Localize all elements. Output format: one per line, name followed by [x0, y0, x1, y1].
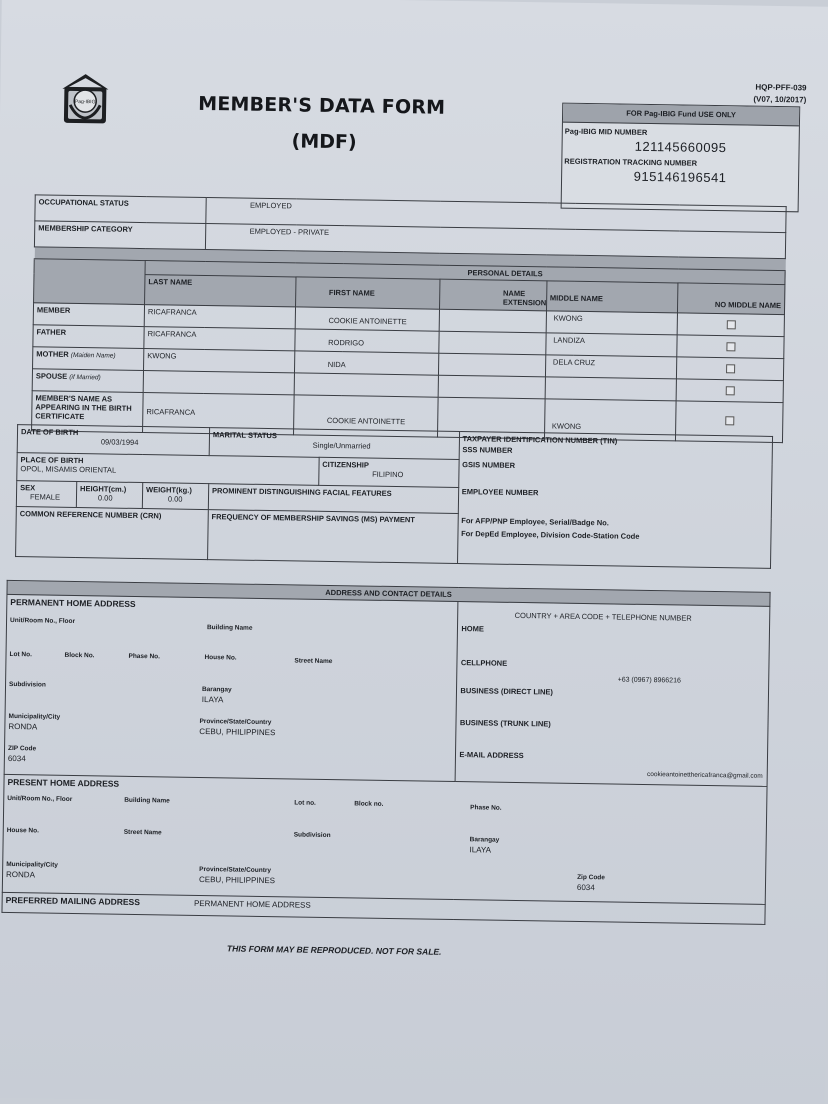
- pres-zip-field: Zip Code6034: [577, 874, 605, 892]
- perm-house-field: House No.: [204, 654, 236, 662]
- row-label: MOTHER (Maiden Name): [33, 347, 144, 371]
- perm-phase-field: Phase No.: [128, 653, 160, 660]
- row-label: FATHER: [33, 325, 144, 349]
- email-value: cookieantoinetthericafranca@gmail.com: [647, 771, 763, 780]
- permanent-address-cell: PERMANENT HOME ADDRESS Unit/Room No., Fl…: [4, 594, 458, 781]
- middle-name-cell: KWONG: [546, 311, 678, 335]
- preferred-mailing-label: PREFERRED MAILING ADDRESS: [6, 895, 140, 907]
- pres-barangay-field: BarangayILAYA: [469, 836, 499, 854]
- pres-phase-field: Phase No.: [470, 804, 502, 811]
- height-cell: HEIGHT(cm.)0.00: [76, 482, 142, 509]
- dob-cell: DATE OF BIRTH 09/03/1994: [17, 425, 209, 456]
- pres-street-field: Street Name: [124, 829, 162, 837]
- email-field: E-MAIL ADDRESS: [459, 750, 523, 760]
- rtn-value: 915146196541: [562, 166, 798, 187]
- perm-province-field: Province/State/CountryCEBU, PHILIPPINES: [199, 718, 275, 737]
- col-no-middle-name: NO MIDDLE NAME: [677, 283, 784, 315]
- fund-use-box: FOR Pag-IBIG Fund USE ONLY Pag-IBIG MID …: [561, 103, 801, 213]
- last-name-cell: [143, 371, 294, 395]
- middle-name-cell: DELA CRUZ: [545, 355, 677, 379]
- form-title: MEMBER'S DATA FORM: [198, 93, 445, 119]
- perm-lot-field: Lot No.: [9, 651, 31, 658]
- row-label: MEMBER: [33, 303, 144, 327]
- pres-block-field: Block no.: [354, 800, 383, 807]
- citizenship-cell: CITIZENSHIP FILIPINO: [318, 457, 458, 487]
- first-name-cell: COOKIE ANTOINETTE: [295, 307, 439, 331]
- no-middle-name-cell: [676, 379, 783, 403]
- no-middle-name-checkbox[interactable]: [726, 320, 735, 329]
- no-middle-name-checkbox[interactable]: [725, 416, 734, 425]
- form-page: Pag-IBIG MEMBER'S DATA FORM (MDF) HQP-PF…: [0, 0, 828, 1104]
- address-table: ADDRESS AND CONTACT DETAILS PERMANENT HO…: [1, 580, 770, 925]
- no-middle-name-checkbox[interactable]: [726, 342, 735, 351]
- no-middle-name-checkbox[interactable]: [726, 364, 735, 373]
- form-version: (V07, 10/2017): [753, 94, 806, 107]
- birth-details-table: DATE OF BIRTH 09/03/1994 MARITAL STATUS …: [15, 424, 773, 569]
- perm-subdivision-field: Subdivision: [9, 681, 46, 689]
- name-extension-cell: [439, 331, 546, 355]
- row-label: SPOUSE (if Married): [32, 369, 143, 393]
- home-phone-field: HOME: [461, 624, 484, 633]
- pres-lot-field: Lot no.: [294, 799, 316, 806]
- cellphone-field: CELLPHONE: [461, 658, 507, 668]
- pres-city-field: Municipality/CityRONDA: [6, 861, 58, 880]
- sex-cell: SEXFEMALE: [16, 481, 76, 508]
- form-code-number: HQP-PFF-039: [753, 82, 806, 95]
- ms-frequency-cell: FREQUENCY OF MEMBERSHIP SAVINGS (MS) PAY…: [207, 510, 458, 564]
- first-name-cell: RODRIGO: [295, 329, 439, 353]
- pres-building-field: Building Name: [124, 797, 170, 805]
- last-name-cell: RICAFRANCA: [144, 305, 295, 329]
- col-middle-name: MIDDLE NAME: [546, 281, 678, 313]
- pres-subdivision-field: Subdivision: [294, 831, 331, 839]
- form-subtitle: (MDF): [291, 130, 356, 153]
- no-middle-name-cell: [677, 335, 784, 359]
- col-last-name: LAST NAME: [145, 275, 296, 307]
- col-first-name: FIRST NAME: [295, 277, 440, 309]
- present-address-cell: PRESENT HOME ADDRESS Unit/Room No., Floo…: [2, 774, 767, 904]
- perm-block-field: Block No.: [64, 652, 94, 659]
- weight-cell: WEIGHT(kg.)0.00: [142, 483, 208, 510]
- name-extension-cell: [438, 375, 545, 399]
- middle-name-cell: LANDIZA: [546, 333, 678, 357]
- pres-province-field: Province/State/CountryCEBU, PHILIPPINES: [199, 866, 275, 885]
- no-middle-name-cell: [676, 357, 783, 381]
- permanent-address-heading: PERMANENT HOME ADDRESS: [10, 597, 455, 614]
- perm-unit-field: Unit/Room No., Floor: [10, 617, 75, 625]
- cellphone-value: +63 (0967) 8966216: [618, 677, 681, 685]
- business-trunk-field: BUSINESS (TRUNK LINE): [460, 718, 551, 728]
- facial-features-cell: PROMINENT DISTINGUISHING FACIAL FEATURES: [208, 484, 458, 514]
- last-name-cell: RICAFRANCA: [144, 327, 295, 351]
- pres-house-field: House No.: [7, 827, 39, 835]
- perm-building-field: Building Name: [207, 624, 253, 632]
- last-name-cell: KWONG: [144, 349, 295, 373]
- pag-ibig-logo-icon: Pag-IBIG: [58, 71, 113, 126]
- id-numbers-cell: TAXPAYER IDENTIFICATION NUMBER (TIN) SSS…: [457, 432, 772, 569]
- occupational-status-label: OCCUPATIONAL STATUS: [35, 195, 207, 224]
- perm-city-field: Municipality/CityRONDA: [8, 713, 60, 732]
- footer-note: THIS FORM MAY BE REPRODUCED. NOT FOR SAL…: [227, 943, 442, 956]
- svg-text:Pag-IBIG: Pag-IBIG: [75, 99, 96, 105]
- perm-street-field: Street Name: [294, 657, 332, 665]
- contact-cell: COUNTRY + AREA CODE + TELEPHONE NUMBER H…: [456, 602, 770, 787]
- membership-category-label: MEMBERSHIP CATEGORY: [34, 221, 206, 250]
- form-code: HQP-PFF-039 (V07, 10/2017): [753, 82, 806, 107]
- name-extension-cell: [438, 353, 545, 377]
- first-name-cell: NIDA: [294, 351, 438, 375]
- perm-zip-field: ZIP Code6034: [8, 745, 36, 763]
- perm-barangay-field: BarangayILAYA: [202, 686, 232, 704]
- phone-format-hint: COUNTRY + AREA CODE + TELEPHONE NUMBER: [515, 611, 692, 623]
- pres-unit-field: Unit/Room No., Floor: [7, 795, 72, 803]
- preferred-mailing-value: PERMANENT HOME ADDRESS: [194, 899, 311, 910]
- personal-details-table: OCCUPATIONAL STATUS EMPLOYED MEMBERSHIP …: [31, 194, 787, 443]
- no-middle-name-checkbox[interactable]: [725, 386, 734, 395]
- no-middle-name-cell: [677, 313, 784, 337]
- business-direct-field: BUSINESS (DIRECT LINE): [460, 686, 553, 696]
- marital-status-cell: MARITAL STATUS Single/Unmarried: [209, 428, 459, 460]
- middle-name-cell: [545, 377, 677, 401]
- name-extension-cell: [439, 309, 546, 333]
- first-name-cell: [294, 373, 438, 397]
- crn-cell: COMMON REFERENCE NUMBER (CRN): [16, 507, 209, 560]
- col-name-extension: NAME EXTENSION: [439, 279, 546, 311]
